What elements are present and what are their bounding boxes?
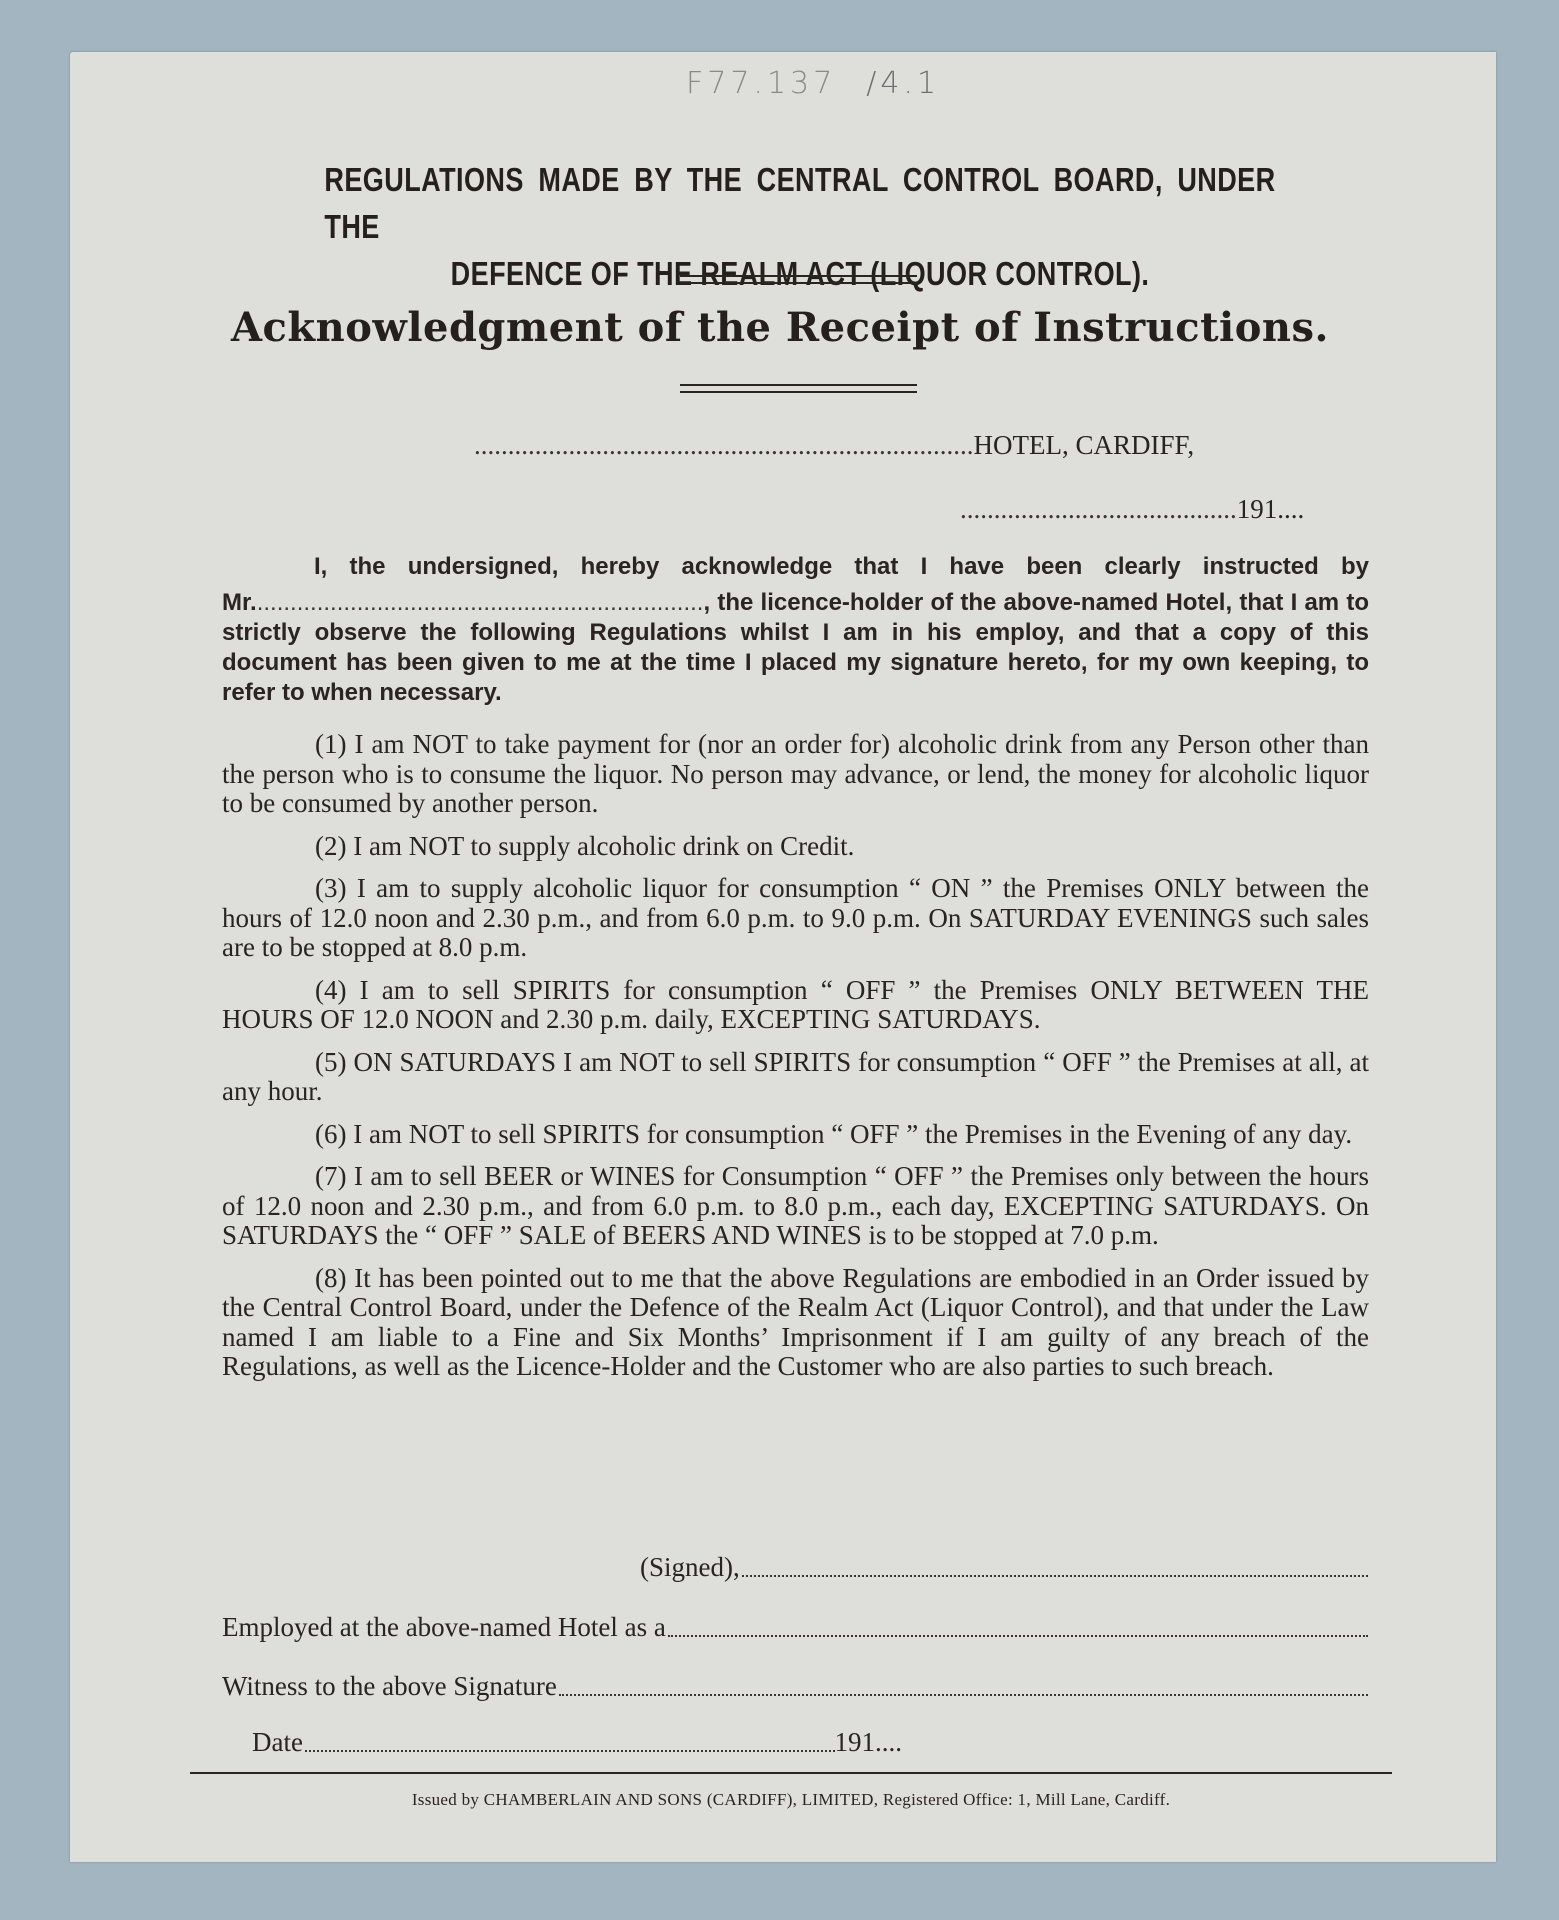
footer-rule xyxy=(190,1772,1392,1774)
regulation-item: (1) I am NOT to take payment for (nor an… xyxy=(222,730,1369,819)
regulation-number: (4) xyxy=(315,975,346,1005)
archive-pencil-mark: F77.137/4.1 xyxy=(686,66,940,101)
hotel-label: HOTEL, CARDIFF, xyxy=(974,430,1195,460)
signed-label: (Signed), xyxy=(640,1552,740,1583)
regulation-number: (6) xyxy=(315,1119,346,1149)
regulation-text: I am to sell BEER or WINES for Consumpti… xyxy=(222,1161,1369,1250)
regulation-text: I am NOT to sell SPIRITS for consumption… xyxy=(353,1119,1352,1149)
printer-imprint: Issued by CHAMBERLAIN AND SONS (CARDIFF)… xyxy=(190,1790,1392,1810)
date-line-top: ........................................… xyxy=(960,494,1304,525)
regulation-number: (1) xyxy=(315,729,346,759)
regulation-item: (3) I am to supply alcoholic liquor for … xyxy=(222,874,1369,963)
witness-line: Witness to the above Signature xyxy=(222,1671,1368,1702)
witness-signature-field[interactable] xyxy=(559,1671,1368,1696)
employed-label: Employed at the above-named Hotel as a xyxy=(222,1612,666,1643)
signed-line: (Signed), xyxy=(640,1552,1368,1583)
archive-suffix: /4.1 xyxy=(866,66,940,101)
regulation-item: (5) ON SATURDAYS I am NOT to sell SPIRIT… xyxy=(222,1048,1369,1107)
date-blank-top[interactable]: ........................................… xyxy=(960,494,1237,524)
regulation-text: It has been pointed out to me that the a… xyxy=(222,1263,1369,1382)
heading-line-2: DEFENCE OF THE REALM ACT (LIQUOR CONTROL… xyxy=(451,255,1150,292)
regulation-text: ON SATURDAYS I am NOT to sell SPIRITS fo… xyxy=(222,1047,1369,1107)
regulation-item: (2) I am NOT to supply alcoholic drink o… xyxy=(222,832,1369,862)
acknowledgment-paragraph: I, the undersigned, hereby acknowledge t… xyxy=(222,552,1369,708)
regulation-item: (6) I am NOT to sell SPIRITS for consump… xyxy=(222,1120,1369,1150)
double-rule-top xyxy=(680,275,917,284)
regulation-text: I am NOT to take payment for (nor an ord… xyxy=(222,729,1369,818)
date-year-bottom: 191.... xyxy=(835,1727,903,1758)
regulation-number: (2) xyxy=(315,831,346,861)
date-label: Date xyxy=(252,1727,303,1758)
hotel-line: ........................................… xyxy=(474,430,1194,461)
heading-line-1: REGULATIONS MADE BY THE CENTRAL CONTROL … xyxy=(324,156,1275,250)
regulation-text: I am NOT to supply alcoholic drink on Cr… xyxy=(353,831,854,861)
double-rule-bottom xyxy=(680,384,917,393)
date-field[interactable] xyxy=(305,1727,835,1752)
document-title: Acknowledgment of the Receipt of Instruc… xyxy=(200,304,1360,351)
regulation-text: I am to sell SPIRITS for consumption “ O… xyxy=(222,975,1369,1035)
regulation-number: (3) xyxy=(315,873,346,903)
licence-holder-blank[interactable]: ........................................… xyxy=(257,589,704,616)
regulation-item: (4) I am to sell SPIRITS for consumption… xyxy=(222,976,1369,1035)
date-line-bottom: Date 191.... xyxy=(252,1727,902,1758)
regulations-list: (1) I am NOT to take payment for (nor an… xyxy=(222,730,1369,1395)
intro-first-line: I, the undersigned, hereby acknowledge t… xyxy=(222,552,1369,582)
position-field[interactable] xyxy=(668,1612,1368,1637)
regulation-text: I am to supply alcoholic liquor for cons… xyxy=(222,873,1369,962)
witness-label: Witness to the above Signature xyxy=(222,1671,557,1702)
archive-reference: F77.137 xyxy=(686,66,836,101)
regulation-item: (8) It has been pointed out to me that t… xyxy=(222,1264,1369,1382)
regulation-number: (5) xyxy=(315,1047,346,1077)
regulation-number: (7) xyxy=(315,1161,346,1191)
hotel-name-blank[interactable]: ........................................… xyxy=(474,430,974,460)
regulation-number: (8) xyxy=(315,1263,346,1293)
regulation-item: (7) I am to sell BEER or WINES for Consu… xyxy=(222,1162,1369,1251)
employed-line: Employed at the above-named Hotel as a xyxy=(222,1612,1368,1643)
mr-label: Mr. xyxy=(222,589,257,616)
date-year-top: 191.... xyxy=(1237,494,1305,524)
signature-field[interactable] xyxy=(742,1552,1368,1577)
